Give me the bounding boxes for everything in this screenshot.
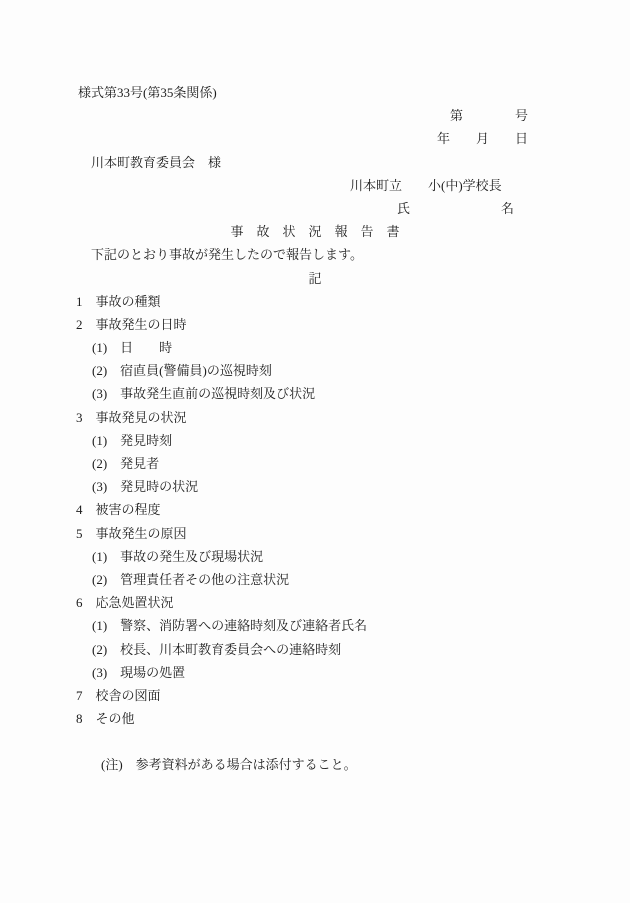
note-line: (注)参考資料がある場合は添付すること。: [0, 730, 630, 753]
note-number: (注): [101, 757, 123, 772]
item-number: (2): [92, 642, 107, 657]
item-number: (1): [92, 618, 107, 633]
document-number-line: 第 号: [0, 104, 630, 127]
list-item: 2事故発生の日時: [0, 313, 630, 336]
list-item: 4被害の程度: [0, 498, 630, 521]
intro-sentence: 下記のとおり事故が発生したので報告します。: [0, 243, 630, 266]
list-item: 3事故発見の状況: [0, 406, 630, 429]
item-number: (3): [92, 665, 107, 680]
section-marker: 記: [0, 267, 630, 290]
item-number: 2: [76, 317, 83, 332]
list-subitem: (2)宿直員(警備員)の巡視時刻: [0, 359, 630, 382]
item-label: 日 時: [120, 340, 172, 355]
item-label: 現場の処置: [120, 665, 185, 680]
list-item: 6応急処置状況: [0, 591, 630, 614]
item-number: 4: [76, 502, 83, 517]
item-number: (1): [92, 340, 107, 355]
item-number: 1: [76, 294, 83, 309]
addressee-line: 川本町教育委員会 様: [0, 151, 630, 174]
item-number: 6: [76, 595, 83, 610]
note-text: 参考資料がある場合は添付すること。: [136, 757, 357, 772]
list-subitem: (2)校長、川本町教育委員会への連絡時刻: [0, 638, 630, 661]
list-subitem: (2)管理責任者その他の注意状況: [0, 568, 630, 591]
sender-title-line: 川本町立 小(中)学校長: [0, 174, 630, 197]
item-number: 3: [76, 410, 83, 425]
item-number: (3): [92, 479, 107, 494]
item-label: 発見時刻: [120, 433, 172, 448]
item-number: 8: [76, 711, 83, 726]
item-number: 5: [76, 526, 83, 541]
item-label: 発見者: [120, 456, 159, 471]
item-label: その他: [96, 711, 135, 726]
list-item: 8その他: [0, 707, 630, 730]
list-subitem: (2)発見者: [0, 452, 630, 475]
item-number: (2): [92, 363, 107, 378]
item-number: (1): [92, 433, 107, 448]
item-label: 事故の種類: [96, 294, 161, 309]
list-subitem: (1)日 時: [0, 336, 630, 359]
item-number: (3): [92, 386, 107, 401]
list-item: 7校舎の図面: [0, 684, 630, 707]
list-subitem: (3)発見時の状況: [0, 475, 630, 498]
item-label: 発見時の状況: [120, 479, 198, 494]
item-number: (1): [92, 549, 107, 564]
item-number: (2): [92, 572, 107, 587]
list-subitem: (1)事故の発生及び現場状況: [0, 545, 630, 568]
item-label: 被害の程度: [96, 502, 161, 517]
list-subitem: (3)現場の処置: [0, 661, 630, 684]
list-subitem: (3)事故発生直前の巡視時刻及び状況: [0, 382, 630, 405]
date-line: 年 月 日: [0, 127, 630, 150]
item-label: 警察、消防署への連絡時刻及び連絡者氏名: [120, 618, 367, 633]
sender-name-line: 氏 名: [0, 197, 630, 220]
item-list: 1事故の種類2事故発生の日時(1)日 時(2)宿直員(警備員)の巡視時刻(3)事…: [0, 290, 630, 731]
item-number: (2): [92, 456, 107, 471]
item-label: 事故発見の状況: [96, 410, 187, 425]
item-label: 事故発生直前の巡視時刻及び状況: [120, 386, 315, 401]
item-label: 校長、川本町教育委員会への連絡時刻: [120, 642, 341, 657]
item-number: 7: [76, 688, 83, 703]
item-label: 事故の発生及び現場状況: [120, 549, 263, 564]
list-item: 1事故の種類: [0, 290, 630, 313]
list-subitem: (1)警察、消防署への連絡時刻及び連絡者氏名: [0, 614, 630, 637]
item-label: 管理責任者その他の注意状況: [120, 572, 289, 587]
item-label: 校舎の図面: [96, 688, 161, 703]
item-label: 事故発生の日時: [96, 317, 187, 332]
document-title: 事 故 状 況 報 告 書: [0, 220, 630, 243]
form-number: 様式第33号(第35条関係): [0, 81, 630, 104]
item-label: 応急処置状況: [96, 595, 174, 610]
document-page: 様式第33号(第35条関係) 第 号 年 月 日 川本町教育委員会 様 川本町立…: [0, 0, 630, 903]
list-subitem: (1)発見時刻: [0, 429, 630, 452]
item-label: 宿直員(警備員)の巡視時刻: [120, 363, 272, 378]
item-label: 事故発生の原因: [96, 526, 187, 541]
list-item: 5事故発生の原因: [0, 522, 630, 545]
